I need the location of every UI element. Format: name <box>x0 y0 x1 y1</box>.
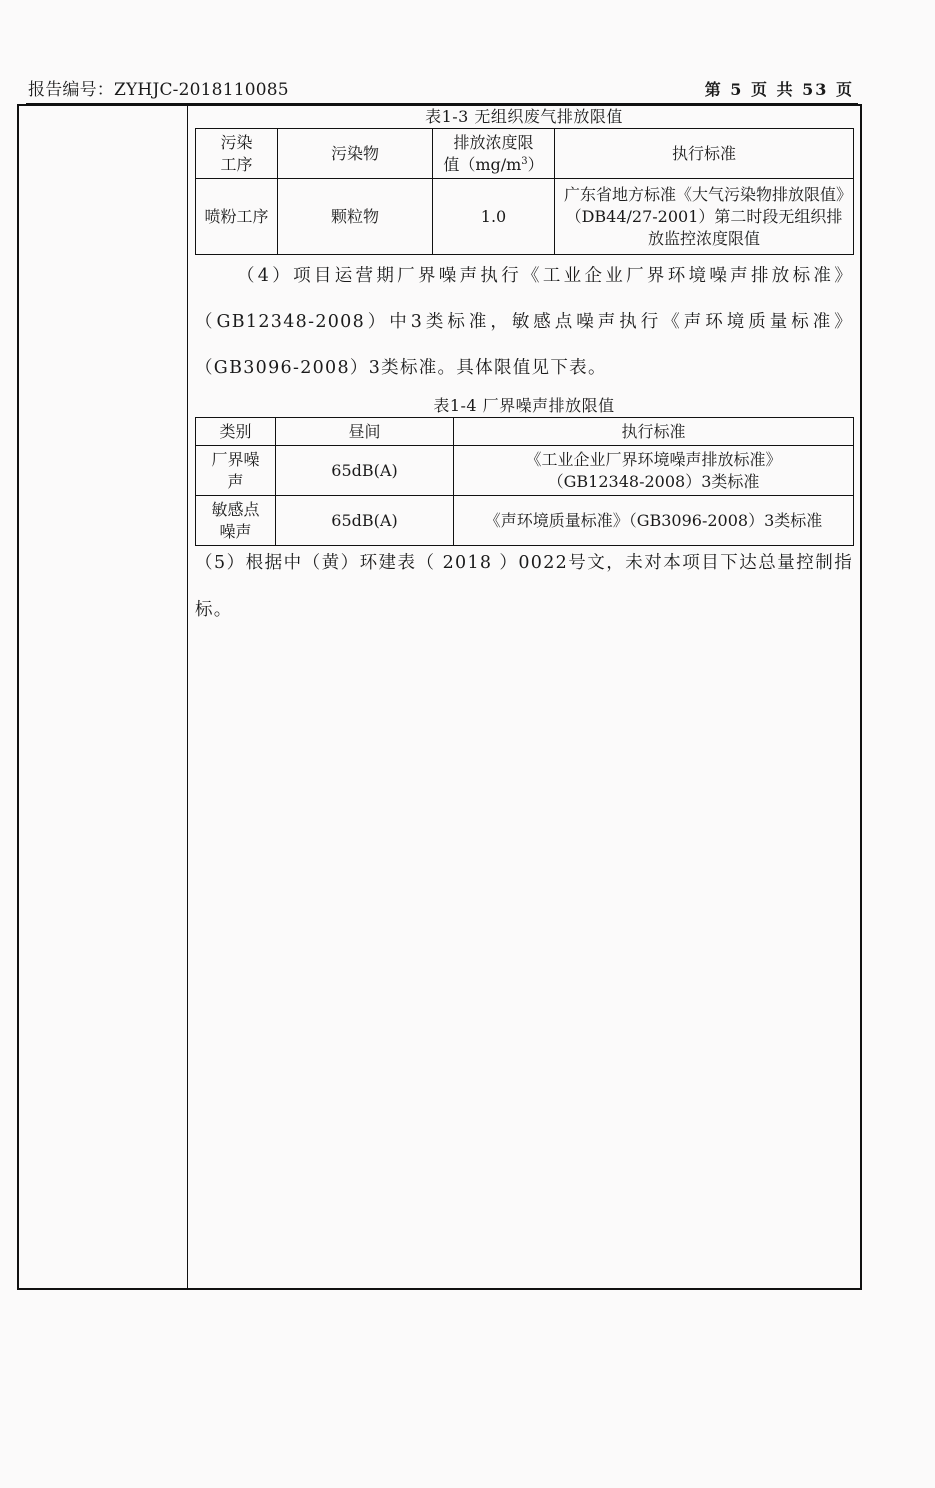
table-1-3-caption: 表1-3 无组织废气排放限值 <box>195 106 853 128</box>
cell-daytime: 65dB(A) <box>276 446 454 496</box>
cell-standard: 广东省地方标准《大气污染物排放限值》（DB44/27-2001）第二时段无组织排… <box>555 179 854 255</box>
cell-standard: 《声环境质量标准》（GB3096-2008）3类标准 <box>454 496 854 546</box>
cell-pollutant: 颗粒物 <box>278 179 433 255</box>
page-header: 报告编号：ZYHJC-2018110085 第 5 页 共 53 页 <box>28 76 854 100</box>
header-cell-standard: 执行标准 <box>555 129 854 179</box>
page-indicator: 第 5 页 共 53 页 <box>705 77 854 100</box>
header-cell-daytime: 昼间 <box>276 418 454 446</box>
table-header-row: 类别 昼间 执行标准 <box>196 418 854 446</box>
header-cell-limit: 排放浓度限值（mg/m3） <box>433 129 555 179</box>
table-header-row: 污染工序 污染物 排放浓度限值（mg/m3） 执行标准 <box>196 129 854 179</box>
cell-category: 厂界噪声 <box>196 446 276 496</box>
document-frame: 表1-3 无组织废气排放限值 污染工序 污染物 排放浓度限值（mg/m3） 执行… <box>17 104 862 1290</box>
cell-process: 喷粉工序 <box>196 179 278 255</box>
header-cell-category: 类别 <box>196 418 276 446</box>
header-cell-standard: 执行标准 <box>454 418 854 446</box>
cell-daytime: 65dB(A) <box>276 496 454 546</box>
left-label-column <box>19 106 188 1288</box>
table-1-3: 污染工序 污染物 排放浓度限值（mg/m3） 执行标准 喷粉工序 颗粒物 1.0… <box>195 128 854 255</box>
table-row: 喷粉工序 颗粒物 1.0 广东省地方标准《大气污染物排放限值》（DB44/27-… <box>196 179 854 255</box>
header-cell-process: 污染工序 <box>196 129 278 179</box>
report-number: 报告编号：ZYHJC-2018110085 <box>28 75 289 100</box>
cell-limit: 1.0 <box>433 179 555 255</box>
content-column: 表1-3 无组织废气排放限值 污染工序 污染物 排放浓度限值（mg/m3） 执行… <box>195 106 853 634</box>
table-1-4-caption: 表1-4 厂界噪声排放限值 <box>195 395 853 417</box>
table-row: 厂界噪声 65dB(A) 《工业企业厂界环境噪声排放标准》（GB12348-20… <box>196 446 854 496</box>
report-number-label: 报告编号： <box>28 80 114 100</box>
cell-standard: 《工业企业厂界环境噪声排放标准》（GB12348-2008）3类标准 <box>454 446 854 496</box>
cell-category: 敏感点噪声 <box>196 496 276 546</box>
report-number-value: ZYHJC-2018110085 <box>114 80 289 100</box>
header-cell-pollutant: 污染物 <box>278 129 433 179</box>
paragraph-4: （4）项目运营期厂界噪声执行《工业企业厂界环境噪声排放标准》（GB12348-2… <box>195 253 853 391</box>
paragraph-5: （5）根据中（黄）环建表（ 2018 ）0022号文，未对本项目下达总量控制指标… <box>195 540 853 634</box>
table-row: 敏感点噪声 65dB(A) 《声环境质量标准》（GB3096-2008）3类标准 <box>196 496 854 546</box>
table-1-4: 类别 昼间 执行标准 厂界噪声 65dB(A) 《工业企业厂界环境噪声排放标准》… <box>195 417 854 546</box>
